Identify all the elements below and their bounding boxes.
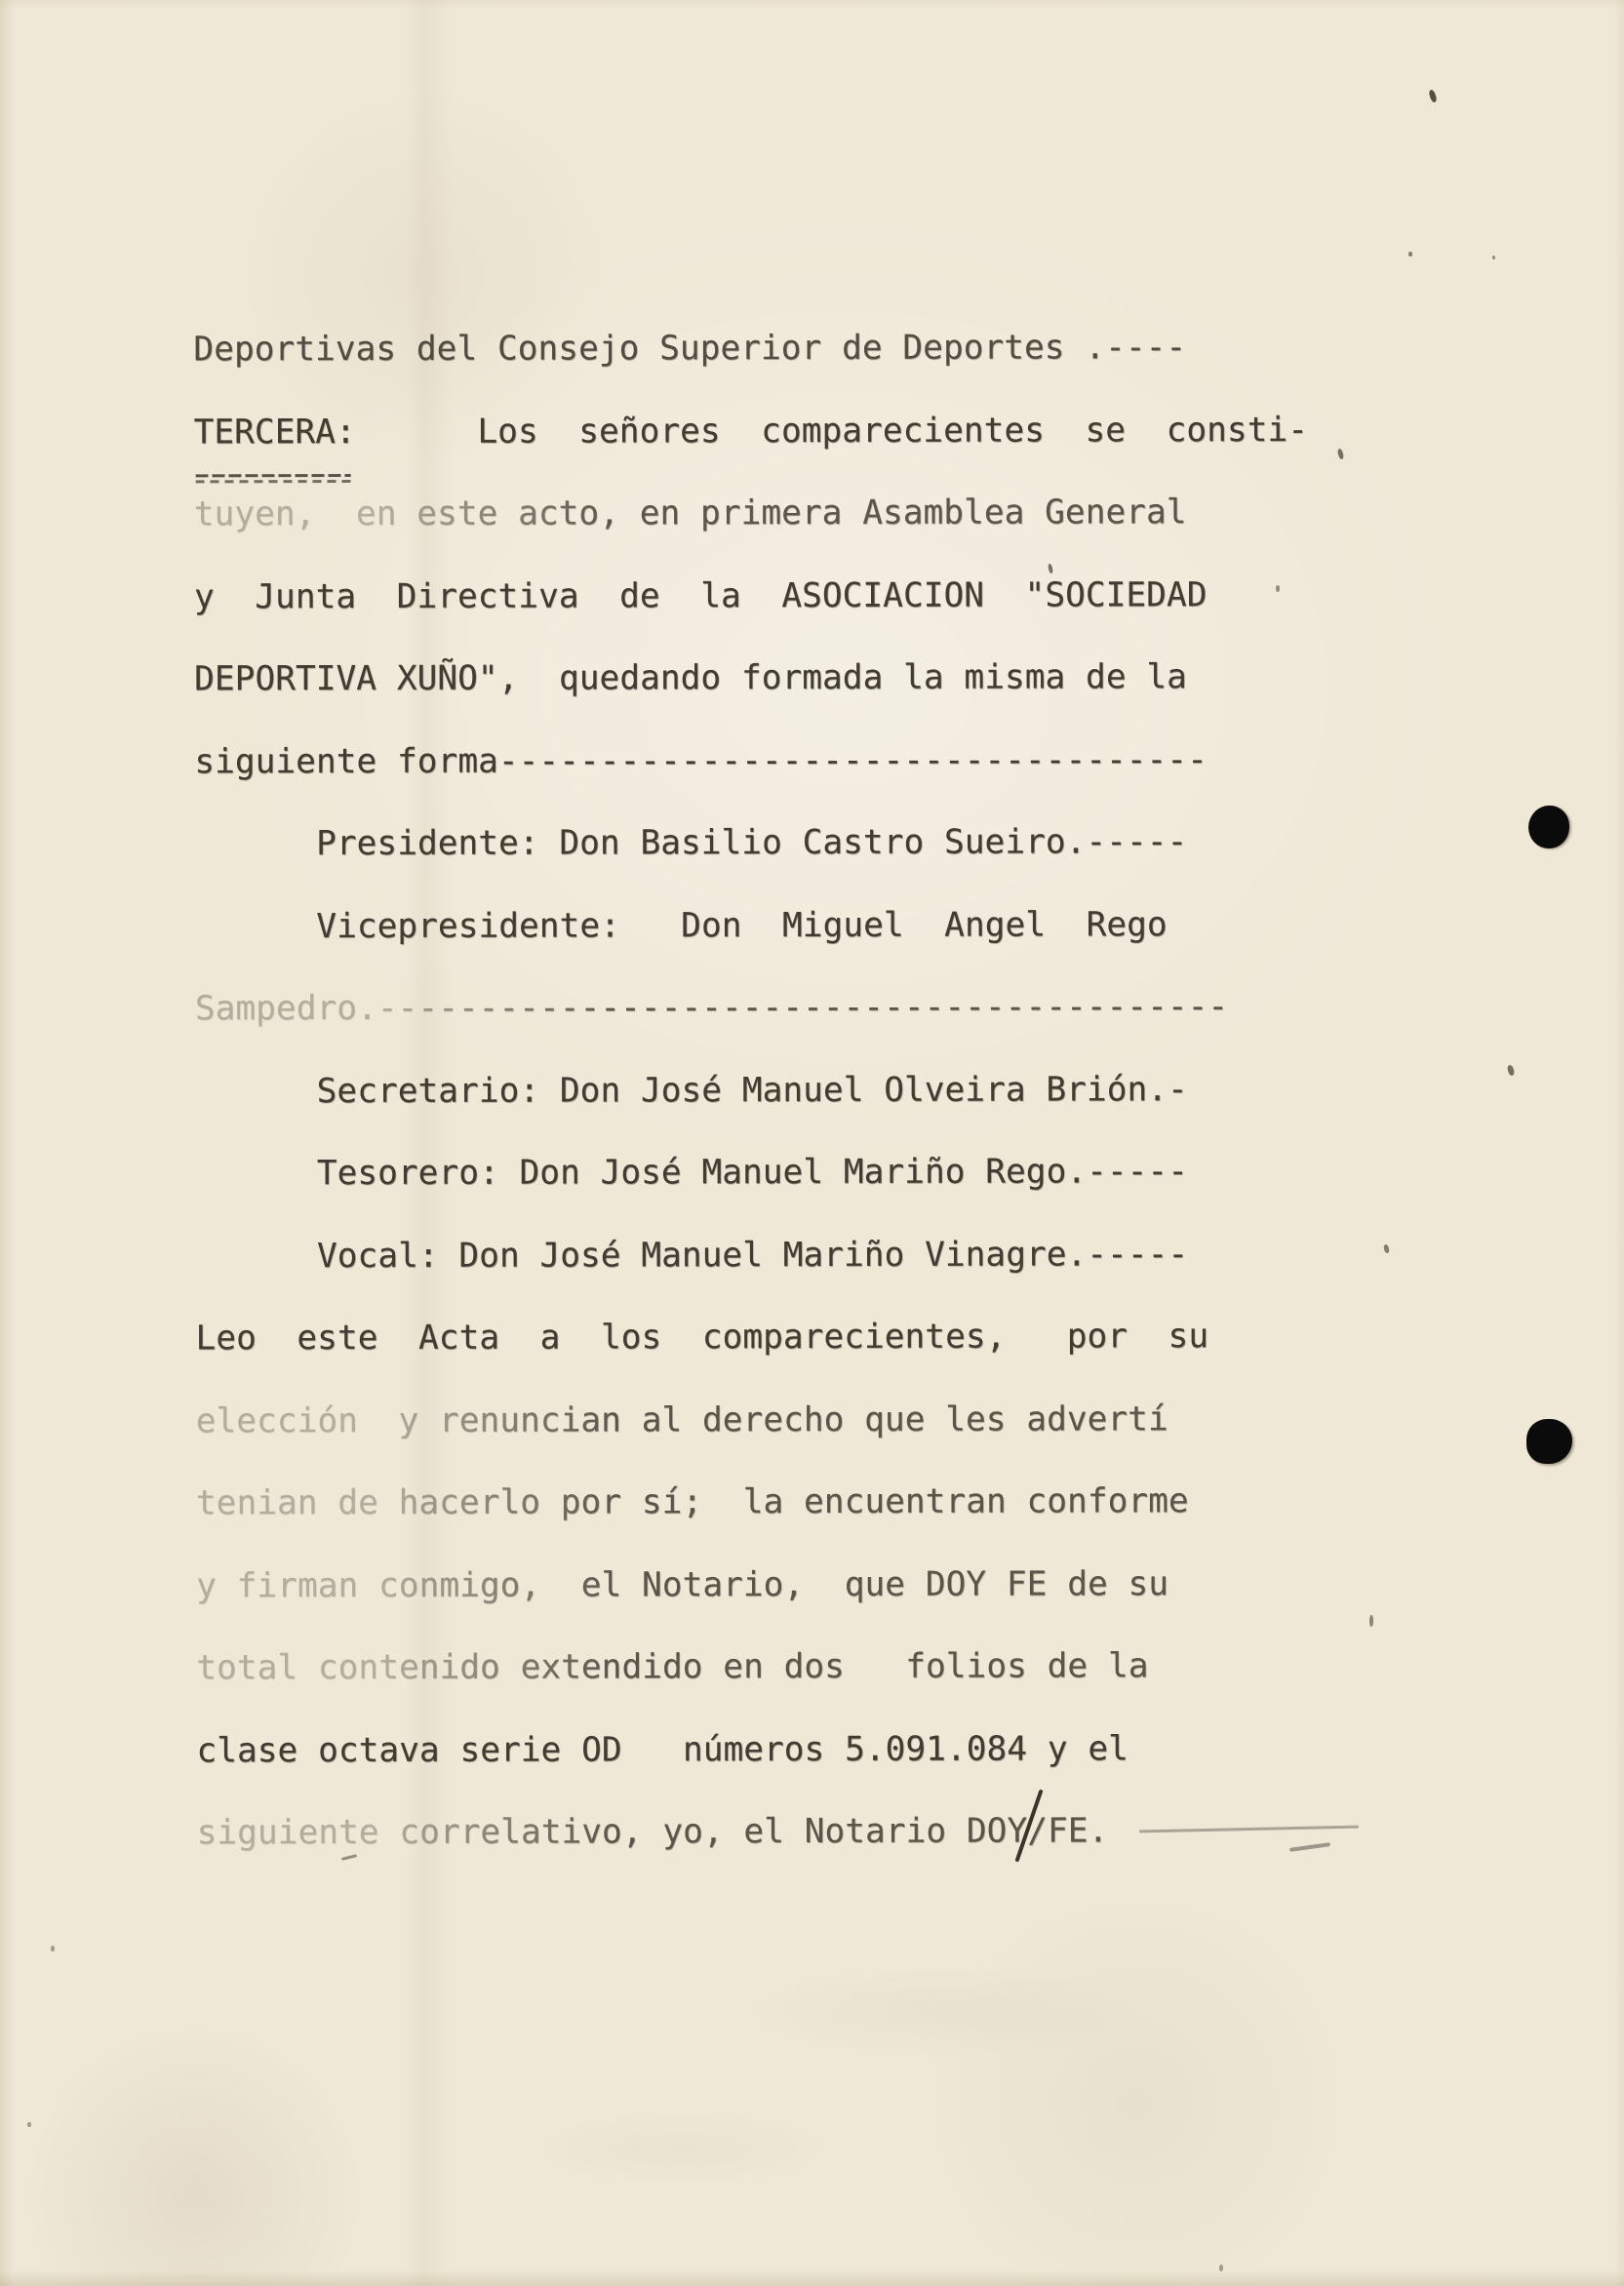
- text-line: tuyen, en este acto, en primera Asamblea…: [194, 470, 1623, 556]
- scanned-document-page: Deportivas del Consejo Superior de Depor…: [0, 0, 1624, 2286]
- text-line: elección y renuncian al derecho que les …: [196, 1377, 1624, 1463]
- text-line: Presidente: Don Basilio Castro Sueiro.--…: [194, 800, 1623, 886]
- text-line: tenian de hacerlo por sí; la encuentran …: [196, 1459, 1624, 1545]
- text-line: siguiente forma-------------------------…: [194, 718, 1623, 804]
- hole-punch-dot: [1528, 806, 1569, 848]
- text-line: Secretario: Don José Manuel Olveira Brió…: [195, 1047, 1624, 1133]
- text-line: Vicepresidente: Don Miguel Angel Rego: [195, 883, 1624, 968]
- scan-speck: [1276, 585, 1280, 592]
- text-line: y firman conmigo, el Notario, que DOY FE…: [196, 1542, 1624, 1628]
- text-line: Deportivas del Consejo Superior de Depor…: [193, 305, 1622, 391]
- text-line: clase octava serie OD números 5.091.084 …: [196, 1707, 1624, 1793]
- text-line: Sampedro.-------------------------------…: [195, 965, 1624, 1050]
- text-line: Tesorero: Don José Manuel Mariño Rego.--…: [195, 1129, 1624, 1215]
- clause-heading: TERCERA:: [193, 390, 355, 473]
- text-line: total contenido extendido en dos folios …: [196, 1624, 1624, 1710]
- scan-speck: [51, 1946, 55, 1951]
- text-line: TERCERA: Los señores comparecientes se c…: [193, 388, 1622, 474]
- scan-speck: [1408, 252, 1412, 256]
- scan-speck: [1219, 2265, 1223, 2271]
- scan-speck: [1492, 256, 1495, 259]
- document-body: Deportivas del Consejo Superior de Depor…: [0, 305, 1624, 1874]
- text-line: siguiente correlativo, yo, el Notario DO…: [197, 1789, 1624, 1874]
- scan-speck: [27, 2122, 31, 2127]
- text-line: Leo este Acta a los comparecientes, por …: [195, 1294, 1624, 1380]
- text-line: y Junta Directiva de la ASOCIACION "SOCI…: [194, 553, 1623, 639]
- scan-speck: [1369, 1615, 1373, 1627]
- text-line: DEPORTIVA XUÑO", quedando formada la mis…: [194, 635, 1623, 721]
- text-line: Vocal: Don José Manuel Mariño Vinagre.--…: [195, 1212, 1624, 1298]
- scan-speck: [1428, 89, 1438, 102]
